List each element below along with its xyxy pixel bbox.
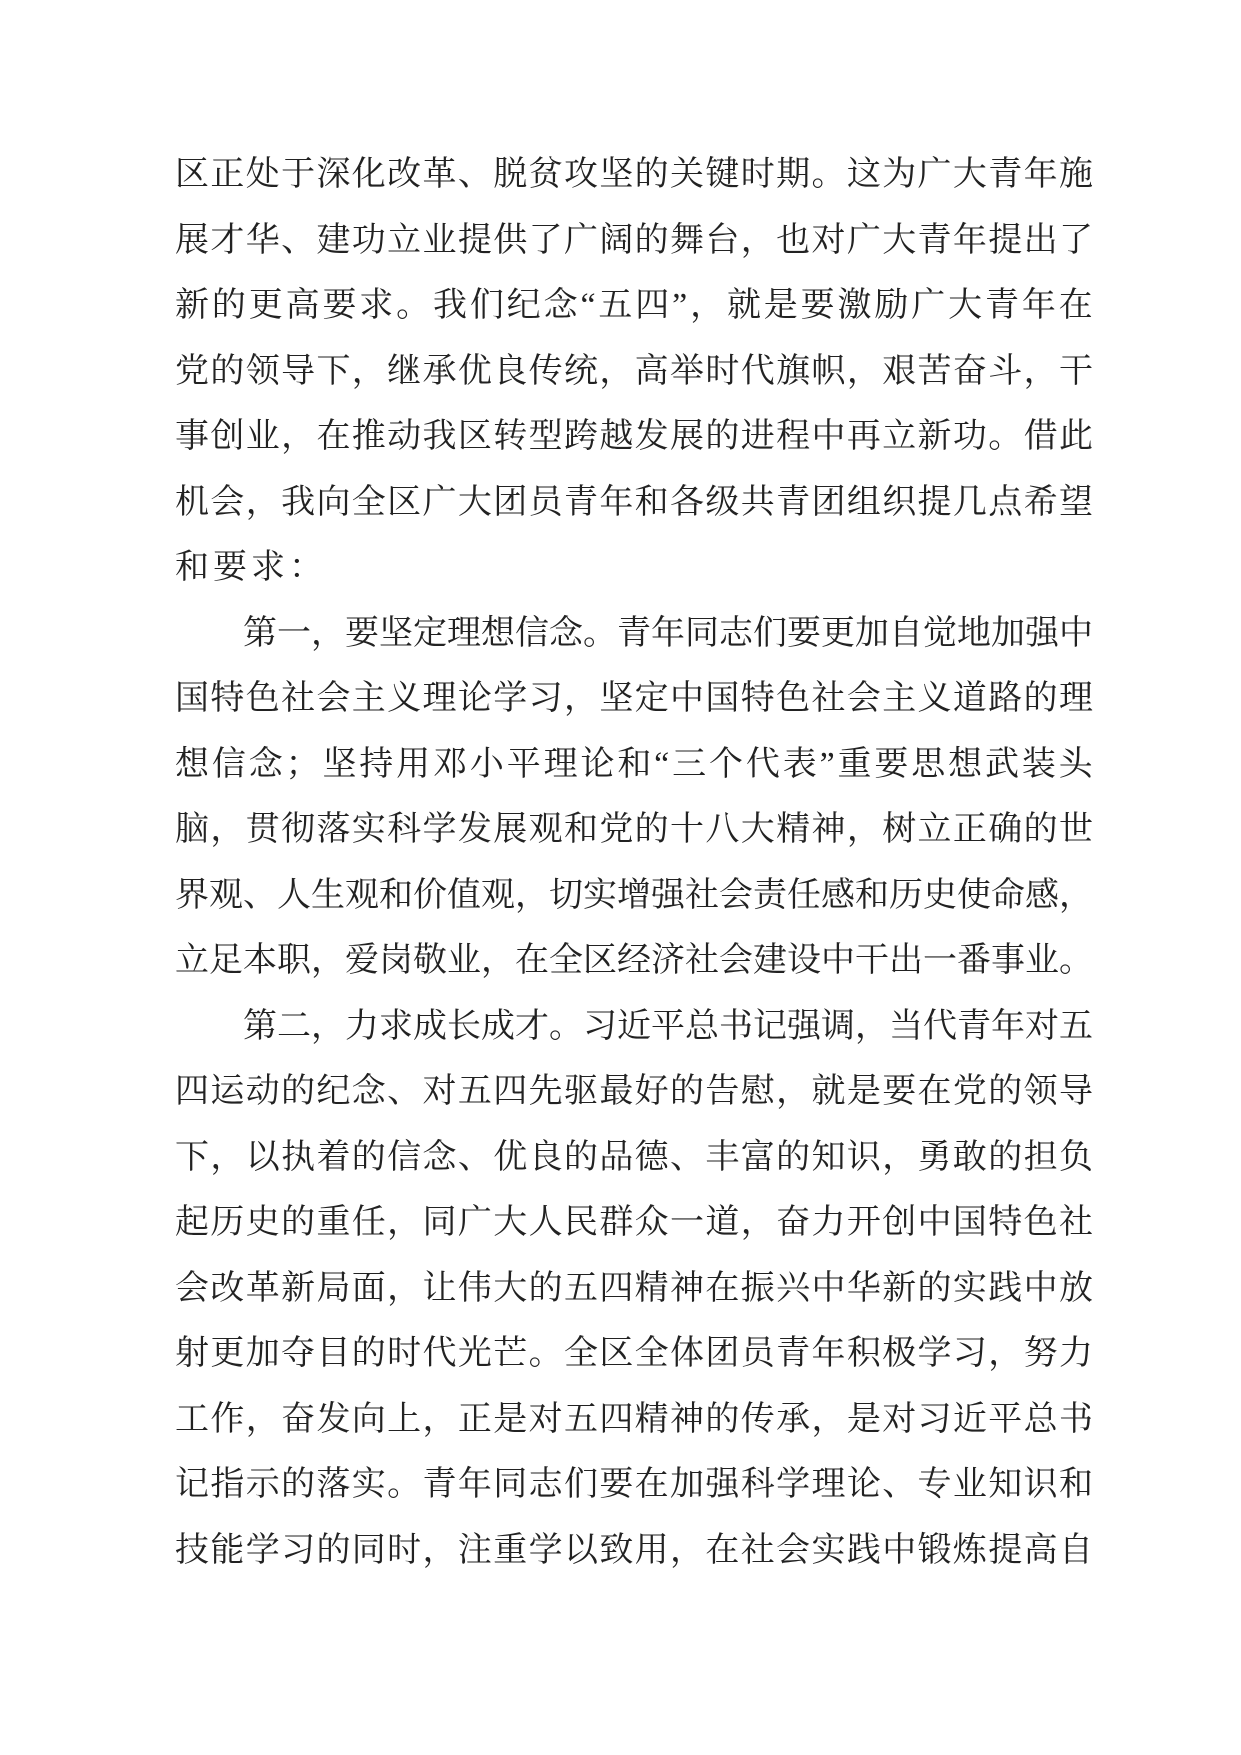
text-line: 和要求： bbox=[175, 535, 1093, 601]
document-page: 区正处于深化改革、脱贫攻坚的关键时期。这为广大青年施展才华、建功立业提供了广阔的… bbox=[0, 0, 1241, 1755]
text-line: 界观、人生观和价值观，切实增强社会责任感和历史使命感， bbox=[175, 863, 1093, 929]
text-line: 想信念；坚持用邓小平理论和“三个代表”重要思想武装头 bbox=[175, 732, 1093, 798]
paragraph-indent bbox=[175, 643, 243, 644]
text-line: 第一，要坚定理想信念。青年同志们要更加自觉地加强中 bbox=[175, 601, 1093, 667]
text-line: 事创业，在推动我区转型跨越发展的进程中再立新功。借此 bbox=[175, 404, 1093, 470]
text-line: 射更加夺目的时代光芒。全区全体团员青年积极学习，努力 bbox=[175, 1321, 1093, 1387]
text-line: 脑，贯彻落实科学发展观和党的十八大精神，树立正确的世 bbox=[175, 797, 1093, 863]
text-line: 记指示的落实。青年同志们要在加强科学理论、专业知识和 bbox=[175, 1452, 1093, 1518]
text-line: 下，以执着的信念、优良的品德、丰富的知识，勇敢的担负 bbox=[175, 1125, 1093, 1191]
text-line: 四运动的纪念、对五四先驱最好的告慰，就是要在党的领导 bbox=[175, 1059, 1093, 1125]
text-line: 展才华、建功立业提供了广阔的舞台，也对广大青年提出了 bbox=[175, 208, 1093, 274]
paragraph-indent bbox=[175, 1036, 243, 1037]
text-line: 新的更高要求。我们纪念“五四”，就是要激励广大青年在 bbox=[175, 273, 1093, 339]
text-line: 会改革新局面，让伟大的五四精神在振兴中华新的实践中放 bbox=[175, 1256, 1093, 1322]
text-line: 起历史的重任，同广大人民群众一道，奋力开创中国特色社 bbox=[175, 1190, 1093, 1256]
text-line: 工作，奋发向上，正是对五四精神的传承，是对习近平总书 bbox=[175, 1387, 1093, 1453]
text-line: 机会，我向全区广大团员青年和各级共青团组织提几点希望 bbox=[175, 470, 1093, 536]
text-line: 国特色社会主义理论学习，坚定中国特色社会主义道路的理 bbox=[175, 666, 1093, 732]
text-line: 立足本职，爱岗敬业，在全区经济社会建设中干出一番事业。 bbox=[175, 928, 1093, 994]
text-line: 区正处于深化改革、脱贫攻坚的关键时期。这为广大青年施 bbox=[175, 142, 1093, 208]
text-line: 第二，力求成长成才。习近平总书记强调，当代青年对五 bbox=[175, 994, 1093, 1060]
document-text-block: 区正处于深化改革、脱贫攻坚的关键时期。这为广大青年施展才华、建功立业提供了广阔的… bbox=[175, 142, 1093, 1583]
text-line: 党的领导下，继承优良传统，高举时代旗帜，艰苦奋斗，干 bbox=[175, 339, 1093, 405]
text-line: 技能学习的同时，注重学以致用，在社会实践中锻炼提高自 bbox=[175, 1518, 1093, 1584]
